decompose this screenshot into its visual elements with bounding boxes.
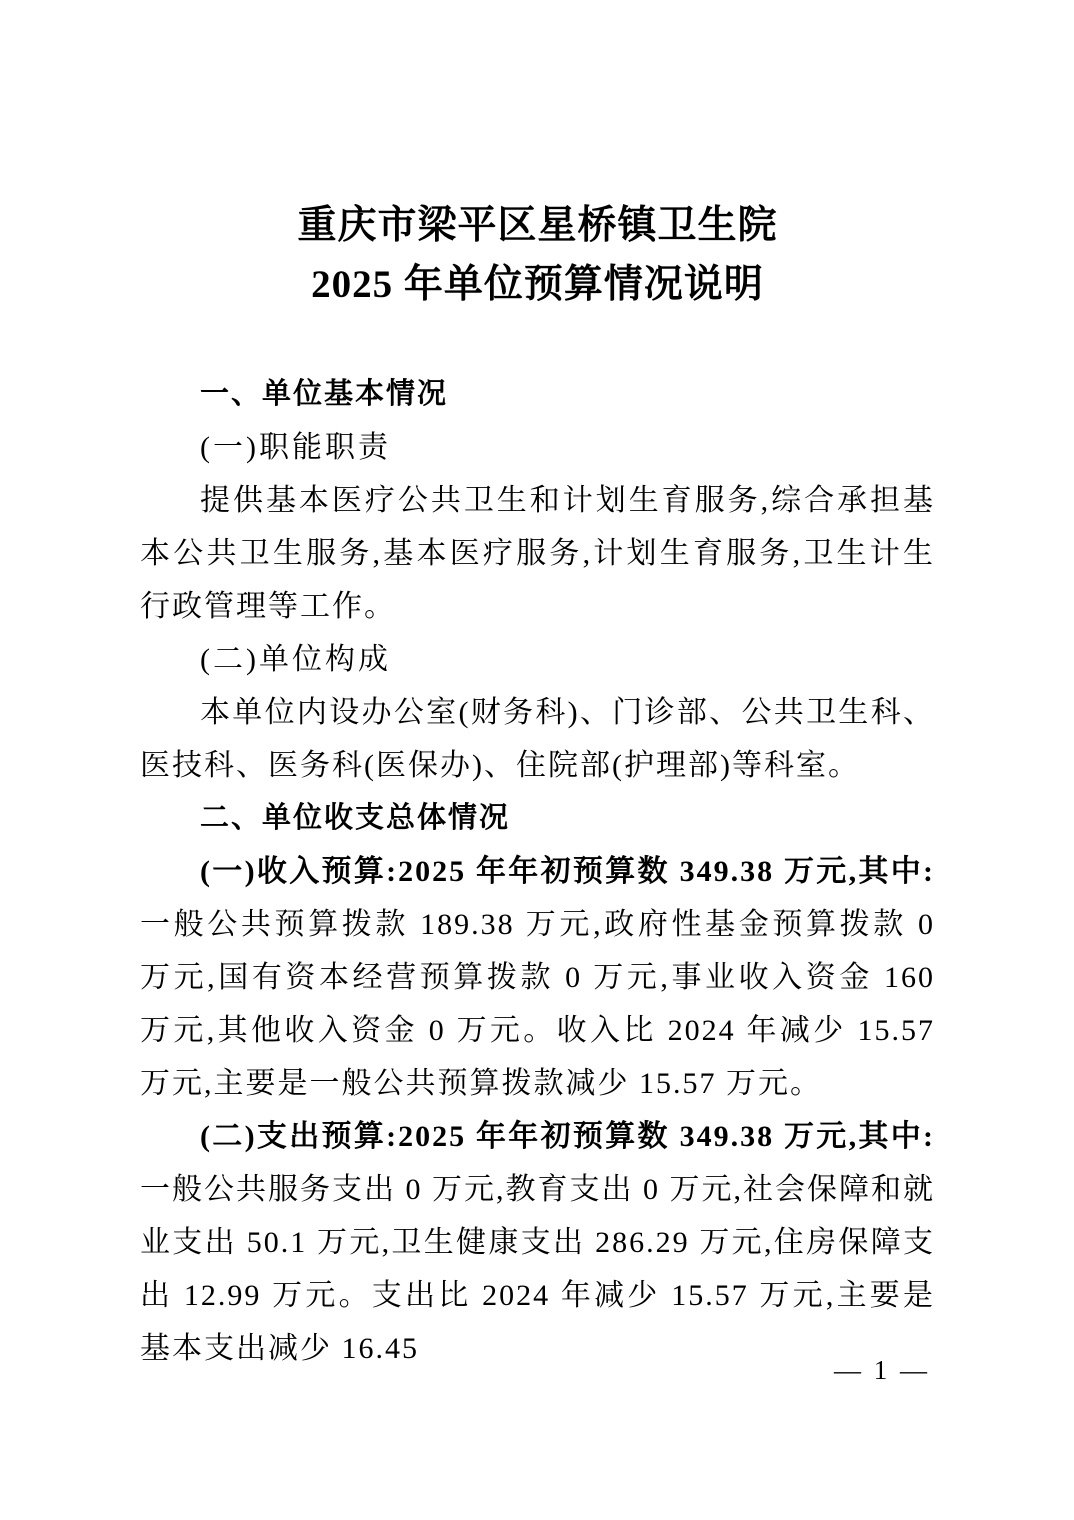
page-number: — 1 — [834, 1350, 930, 1390]
document-page: 重庆市梁平区星桥镇卫生院 2025 年单位预算情况说明 一、单位基本情况 (一)… [0, 0, 1074, 1520]
title-line-1: 重庆市梁平区星桥镇卫生院 [297, 204, 777, 247]
paragraph-income-text: 一般公共预算拨款 189.38 万元,政府性基金预算拨款 0 万元,国有资本经营… [140, 908, 935, 1100]
title-line-2: 2025 年单位预算情况说明 [311, 263, 764, 306]
paragraph-income-budget: (一)收入预算:2025 年年初预算数 349.38 万元,其中:一般公共预算拨… [140, 845, 935, 1110]
paragraph-income-lead: (一)收入预算:2025 年年初预算数 349.38 万元,其中: [200, 855, 935, 888]
section-heading-basic-info: 一、单位基本情况 [140, 368, 935, 421]
paragraph-duties: 提供基本医疗公共卫生和计划生育服务,综合承担基本公共卫生服务,基本医疗服务,计划… [140, 474, 935, 633]
paragraph-expenditure-budget: (二)支出预算:2025 年年初预算数 349.38 万元,其中:一般公共服务支… [140, 1110, 935, 1375]
paragraph-expenditure-text: 一般公共服务支出 0 万元,教育支出 0 万元,社会保障和就业支出 50.1 万… [140, 1173, 935, 1365]
paragraph-expenditure-lead: (二)支出预算:2025 年年初预算数 349.38 万元,其中: [200, 1120, 935, 1153]
subsection-heading-composition: (二)单位构成 [140, 633, 935, 686]
subsection-heading-duties: (一)职能职责 [140, 421, 935, 474]
paragraph-composition: 本单位内设办公室(财务科)、门诊部、公共卫生科、医技科、医务科(医保办)、住院部… [140, 686, 935, 792]
section-heading-revenue-expenditure: 二、单位收支总体情况 [140, 792, 935, 845]
document-title: 重庆市梁平区星桥镇卫生院 2025 年单位预算情况说明 [140, 196, 935, 314]
document-body: 一、单位基本情况 (一)职能职责 提供基本医疗公共卫生和计划生育服务,综合承担基… [140, 368, 935, 1375]
